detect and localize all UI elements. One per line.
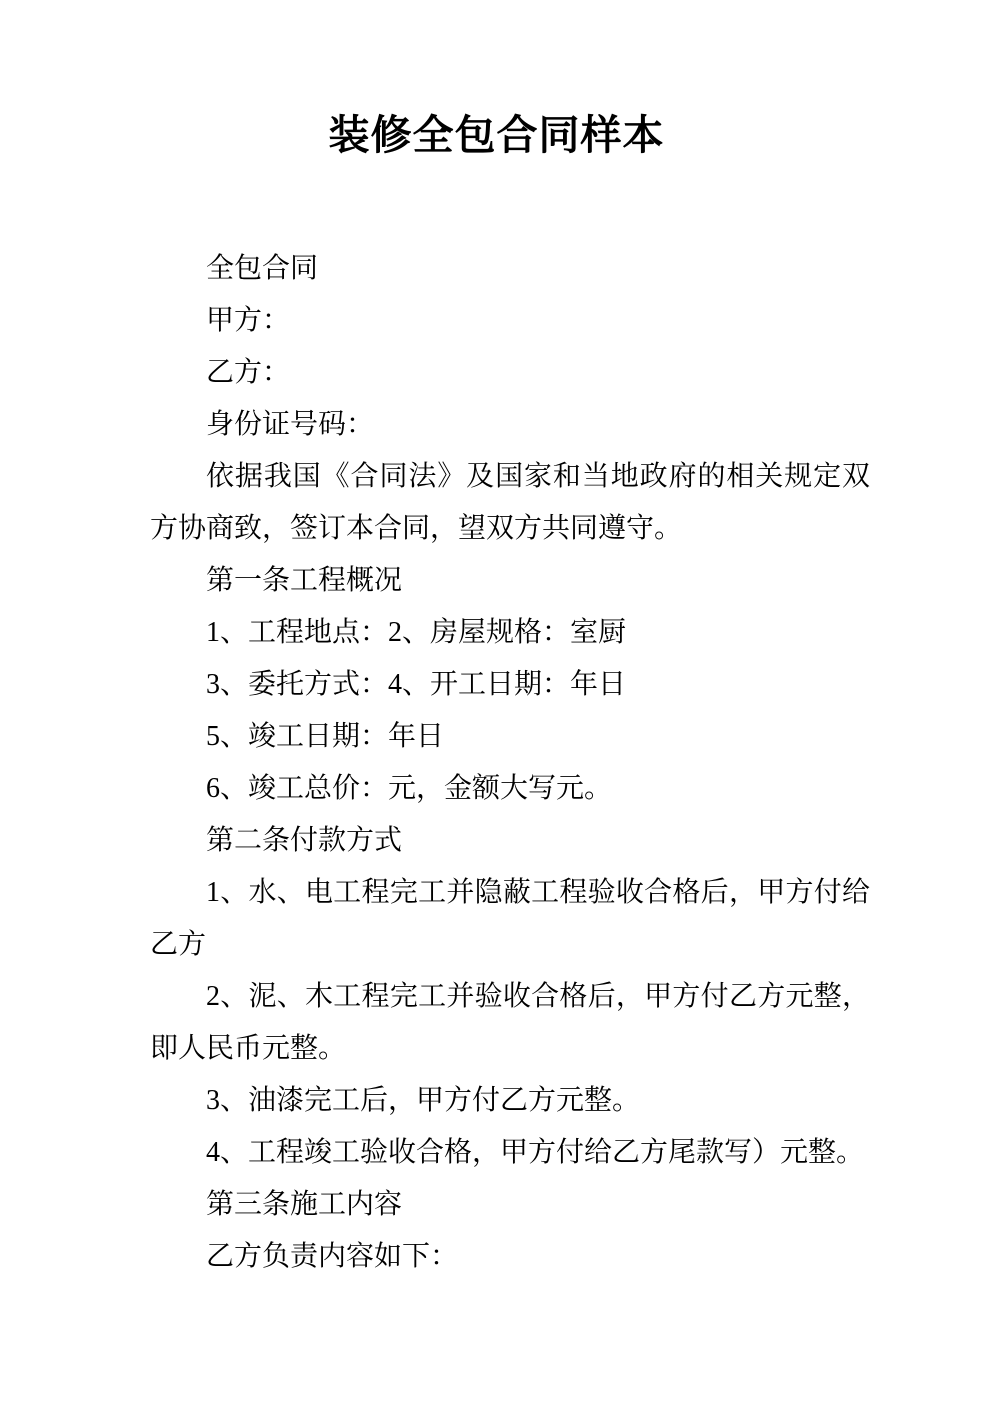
paragraph-party-b: 乙方： <box>150 347 870 399</box>
paragraph-section1-heading: 第一条工程概况 <box>150 555 870 607</box>
paragraph-section2-item2: 2、泥、木工程完工并验收合格后，甲方付乙方元整，即人民币元整。 <box>150 971 870 1075</box>
paragraph-section2-item1: 1、水、电工程完工并隐蔽工程验收合格后，甲方付给乙方 <box>150 867 870 971</box>
paragraph-section1-item6: 6、竣工总价：元，金额大写元。 <box>150 763 870 815</box>
paragraph-section3-intro: 乙方负责内容如下： <box>150 1231 870 1283</box>
paragraph-id-number: 身份证号码： <box>150 399 870 451</box>
document-body: 全包合同 甲方： 乙方： 身份证号码： 依据我国《合同法》及国家和当地政府的相关… <box>150 243 870 1283</box>
paragraph-section2-item4: 4、工程竣工验收合格，甲方付给乙方尾款写）元整。 <box>150 1127 870 1179</box>
paragraph-section1-item3-4: 3、委托方式：4、开工日期：年日 <box>150 659 870 711</box>
paragraph-section3-heading: 第三条施工内容 <box>150 1179 870 1231</box>
paragraph-section1-item5: 5、竣工日期：年日 <box>150 711 870 763</box>
paragraph-party-a: 甲方： <box>150 295 870 347</box>
paragraph-section1-item1-2: 1、工程地点：2、房屋规格：室厨 <box>150 607 870 659</box>
paragraph-section2-item3: 3、油漆完工后，甲方付乙方元整。 <box>150 1075 870 1127</box>
document-page: 装修全包合同样本 全包合同 甲方： 乙方： 身份证号码： 依据我国《合同法》及国… <box>0 0 993 1404</box>
paragraph-section2-heading: 第二条付款方式 <box>150 815 870 867</box>
document-title: 装修全包合同样本 <box>0 106 993 164</box>
paragraph-contract-type: 全包合同 <box>150 243 870 295</box>
paragraph-preamble: 依据我国《合同法》及国家和当地政府的相关规定双方协商致，签订本合同，望双方共同遵… <box>150 451 870 555</box>
